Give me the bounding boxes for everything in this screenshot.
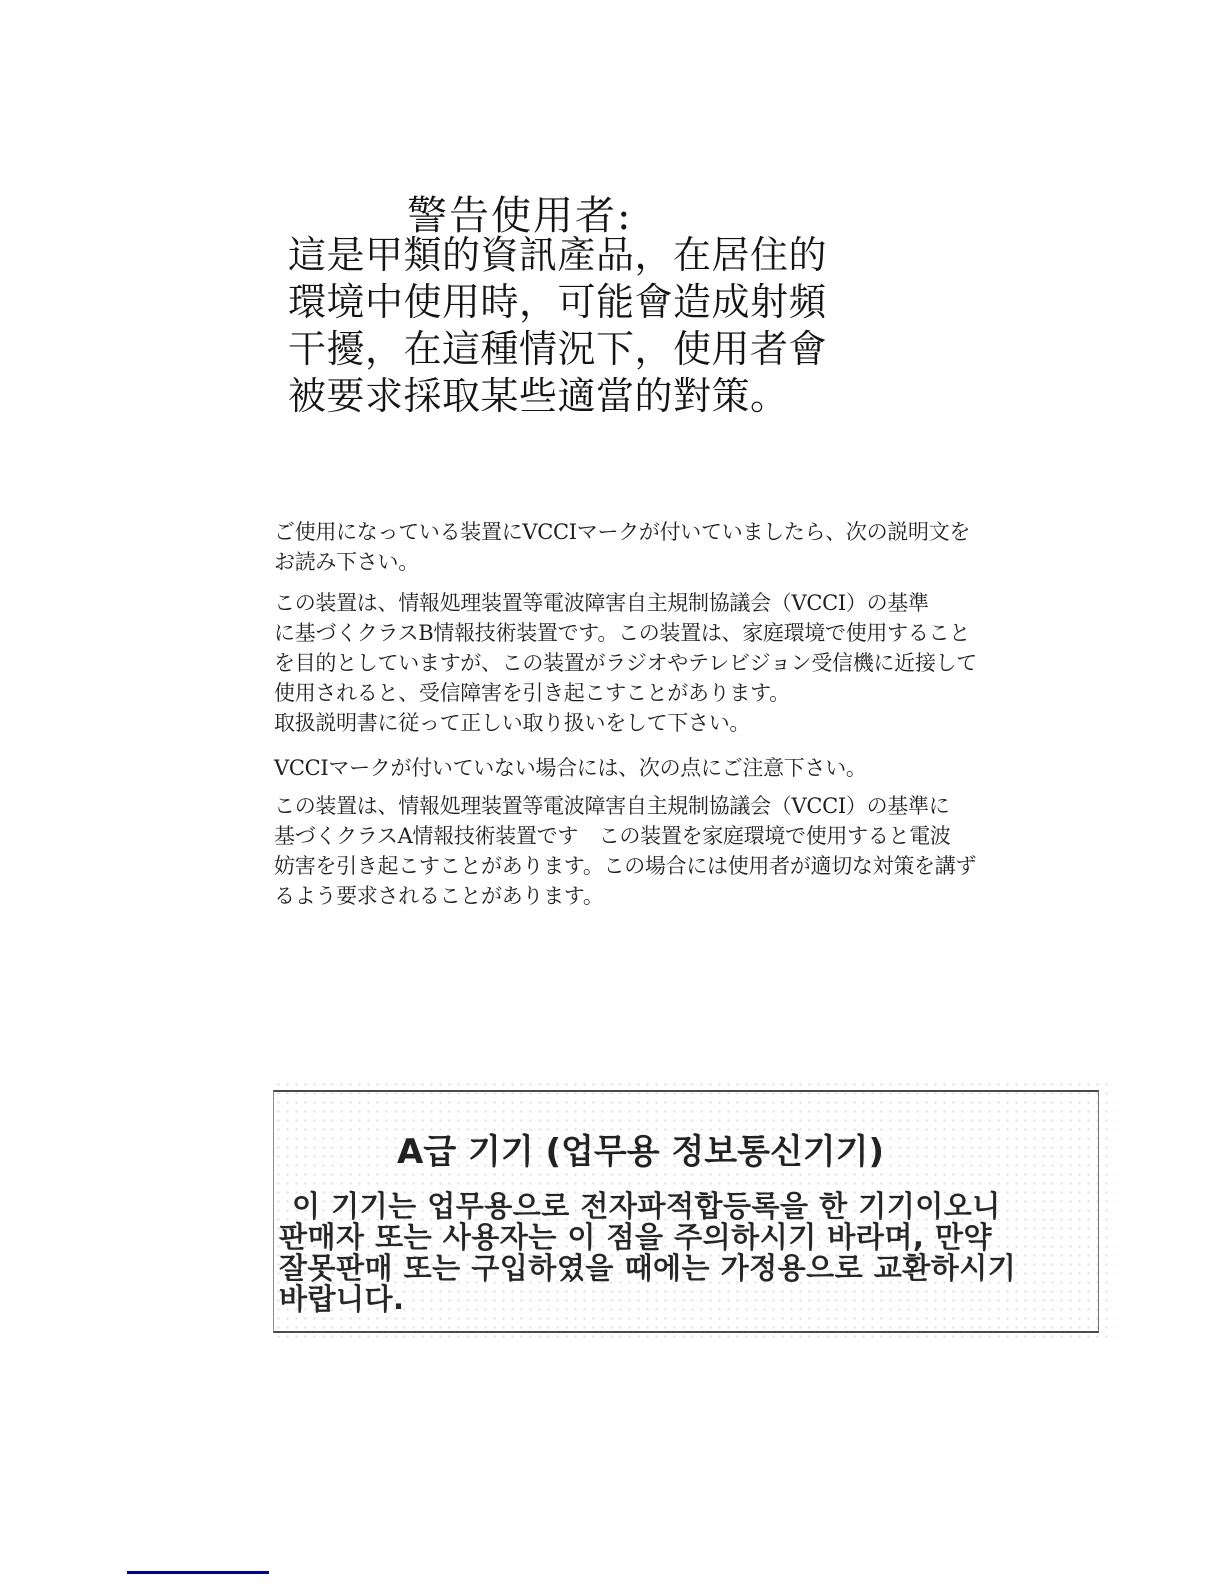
- chinese-warning-line: 干擾，在這種情況下，使用者會: [288, 326, 827, 373]
- korean-notice-body: 이 기기는 업무용으로 전자파적합등록을 한 기기이오니 판매자 또는 사용자는…: [279, 1191, 1016, 1315]
- japanese-text-line: この装置は、情報処理装置等電波障害自主規制協議会（VCCI）の基準に: [274, 791, 976, 821]
- chinese-warning-line: 這是甲類的資訊產品，在居住的: [288, 232, 827, 279]
- japanese-text-line: ご使用になっている装置にVCCIマークが付いていましたら、次の説明文を: [274, 517, 970, 547]
- japanese-text-line: VCCIマークが付いていない場合には、次の点にご注意下さい。: [274, 753, 867, 783]
- korean-text-line: 바랍니다.: [279, 1284, 1016, 1315]
- document-page: 警告使用者: 這是甲類的資訊產品，在居住的 環境中使用時，可能會造成射頻 干擾，…: [0, 0, 1224, 1584]
- japanese-text-line: お読み下さい。: [274, 547, 970, 577]
- japanese-text-line: 妨害を引き起こすことがあります。この場合には使用者が適切な対策を講ず: [274, 851, 976, 881]
- korean-notice-title: A급 기기 (업무용 정보통신기기): [397, 1124, 884, 1173]
- korean-text-line: 판매자 또는 사용자는 이 점을 주의하시기 바라며, 만약: [279, 1222, 1016, 1253]
- japanese-text-line: を目的としていますが、この装置がラジオやテレビジョン受信機に近接して: [274, 648, 977, 678]
- korean-text-line: 잘못판매 또는 구입하였을 때에는 가정용으로 교환하시기: [279, 1253, 1016, 1284]
- japanese-class-a-paragraph: この装置は、情報処理装置等電波障害自主規制協議会（VCCI）の基準に 基づくクラ…: [274, 791, 976, 911]
- chinese-warning-line: 環境中使用時，可能會造成射頻: [288, 279, 827, 326]
- japanese-class-b-paragraph: この装置は、情報処理装置等電波障害自主規制協議会（VCCI）の基準 に基づくクラ…: [274, 588, 977, 738]
- japanese-vcci-intro-paragraph: ご使用になっている装置にVCCIマークが付いていましたら、次の説明文を お読み下…: [274, 517, 970, 577]
- japanese-text-line: この装置は、情報処理装置等電波障害自主規制協議会（VCCI）の基準: [274, 588, 977, 618]
- japanese-text-line: 取扱説明書に従って正しい取り扱いをして下さい。: [274, 708, 977, 738]
- japanese-no-mark-paragraph: VCCIマークが付いていない場合には、次の点にご注意下さい。: [274, 753, 867, 783]
- footer-rule: [127, 1571, 269, 1574]
- chinese-warning-body: 這是甲類的資訊產品，在居住的 環境中使用時，可能會造成射頻 干擾，在這種情況下，…: [288, 232, 827, 420]
- japanese-text-line: るよう要求されることがあります。: [274, 881, 976, 911]
- japanese-text-line: に基づくクラスB情報技術装置です。この装置は、家庭環境で使用すること: [274, 618, 977, 648]
- japanese-text-line: 基づくクラスA情報技術装置です この装置を家庭環境で使用すると電波: [274, 821, 976, 851]
- japanese-text-line: 使用されると、受信障害を引き起こすことがあります。: [274, 678, 977, 708]
- korean-text-line: 이 기기는 업무용으로 전자파적합등록을 한 기기이오니: [279, 1191, 1016, 1222]
- chinese-warning-line: 被要求採取某些適當的對策。: [288, 373, 827, 420]
- korean-notice-box: A급 기기 (업무용 정보통신기기) 이 기기는 업무용으로 전자파적합등록을 …: [272, 1078, 1115, 1340]
